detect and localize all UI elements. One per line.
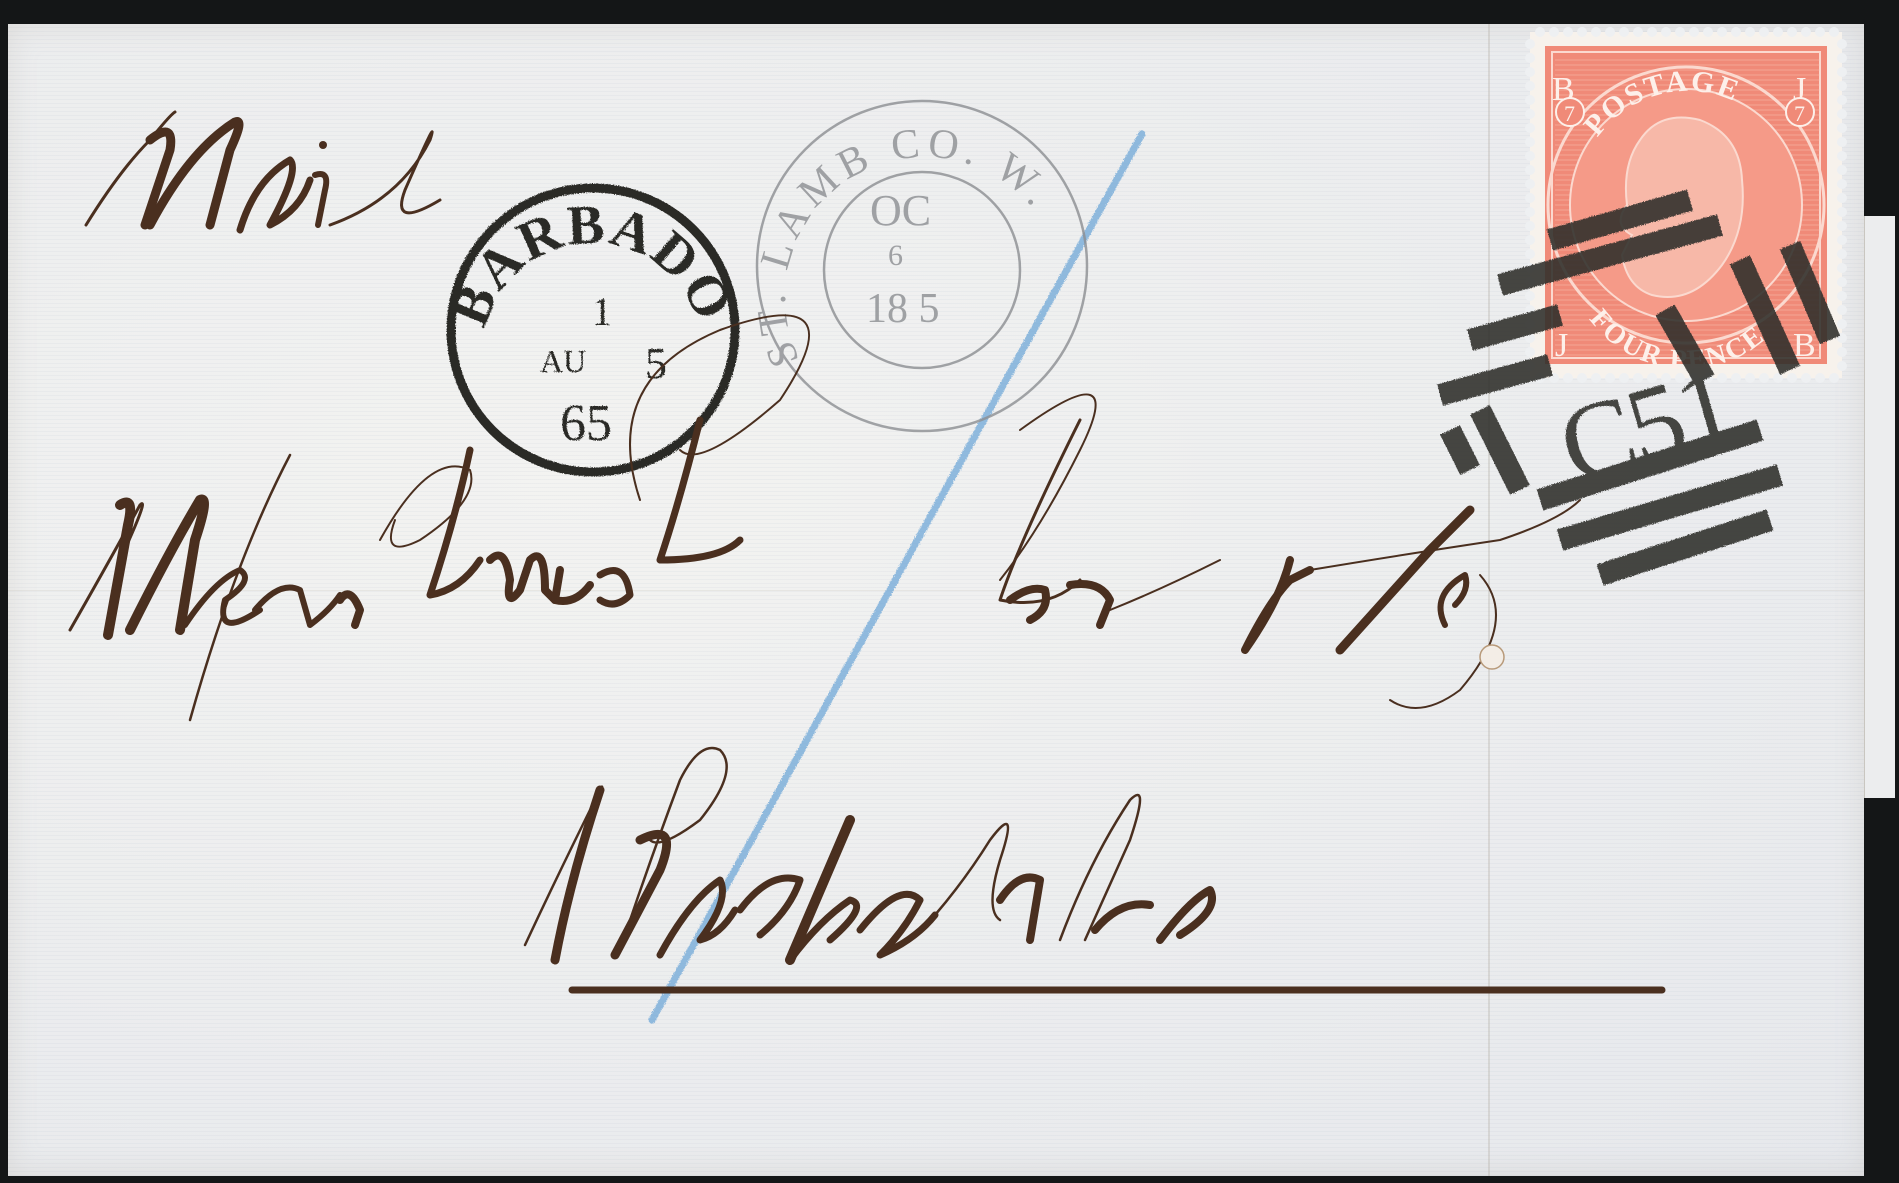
barbados-postmark-name: BARBADOS — [0, 0, 745, 334]
svg-text:5: 5 — [645, 339, 667, 388]
barbados-postmark: BARBADOS 1 AU 5 65 — [0, 0, 745, 472]
svg-text:BARBADOS: BARBADOS — [0, 0, 745, 334]
stamp-corner-letter-bl: J — [1555, 327, 1568, 364]
manuscript-mail — [86, 112, 440, 230]
stamp-plate-number-right: 7 — [1794, 101, 1805, 126]
manuscript-addressee — [70, 315, 1580, 720]
london-postmark: OC 6 18 5 ST. LAMB CO. W. — [749, 101, 1087, 431]
svg-text:AU: AU — [540, 343, 586, 379]
manuscript-destination — [525, 748, 1662, 990]
paper-repair — [1480, 645, 1504, 669]
london-postmark-year: 18 5 — [866, 286, 940, 332]
barbados-postmark-year: 65 — [560, 395, 612, 452]
london-postmark-day: 6 — [888, 239, 903, 272]
stamp-plate-number-left: 7 — [1564, 101, 1575, 126]
london-postmark-month: OC — [870, 186, 931, 235]
letter-markings: OC 6 18 5 ST. LAMB CO. W. BARBADOS 1 AU … — [0, 0, 1899, 1183]
svg-text:1: 1 — [592, 289, 612, 334]
